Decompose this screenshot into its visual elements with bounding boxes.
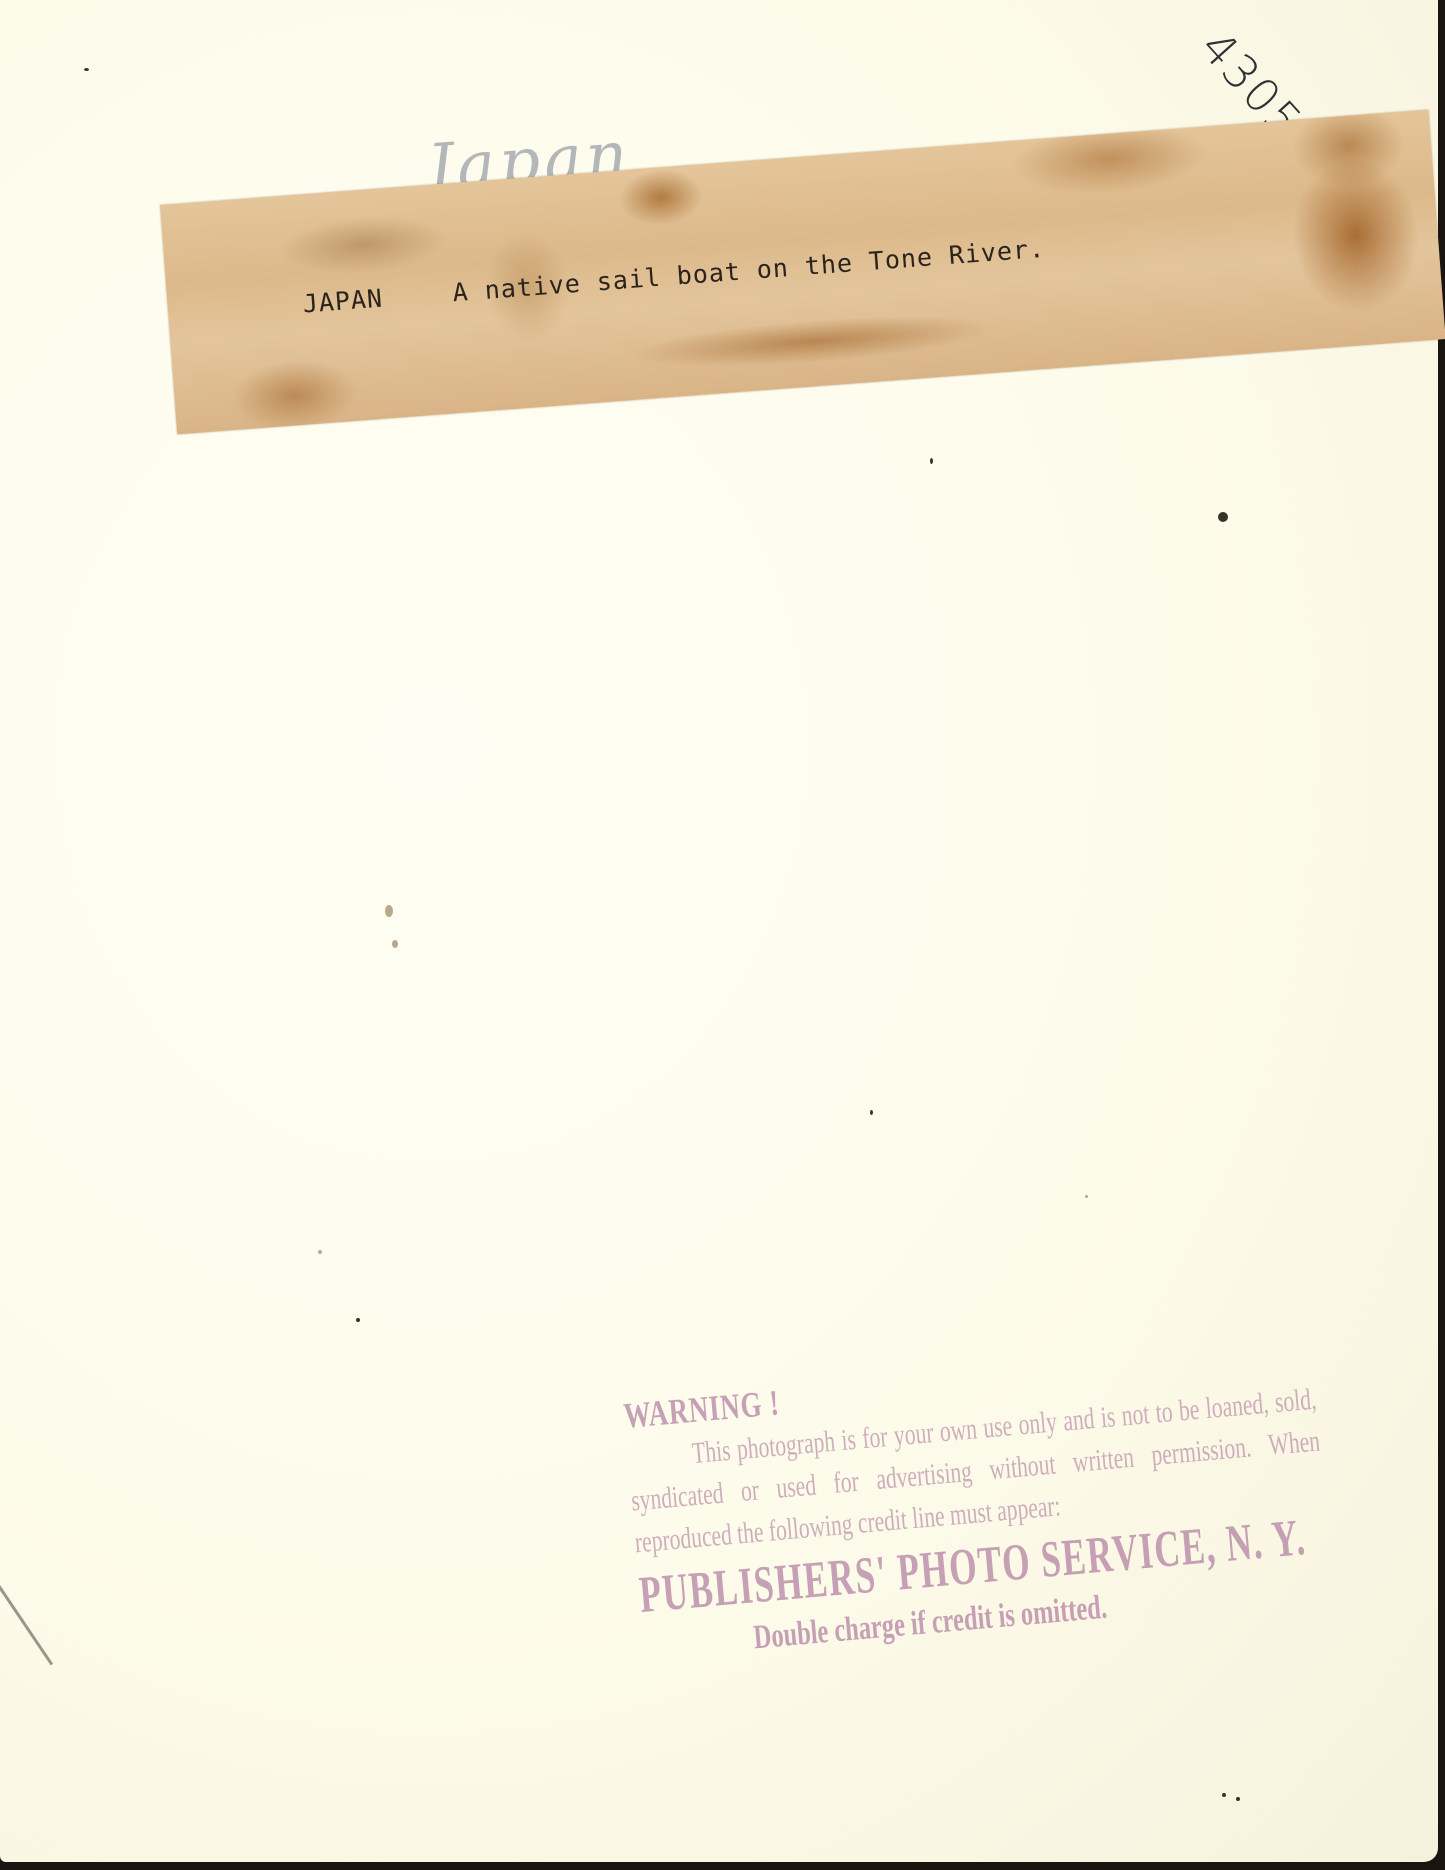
photo-back-card: Japan 4305 JAPANA native sail boat on th… (0, 0, 1438, 1862)
speck (385, 905, 393, 917)
caption-country: JAPAN (302, 284, 384, 319)
speck (1218, 512, 1228, 522)
speck (356, 1318, 360, 1322)
speck (870, 1110, 873, 1115)
paper-crease (0, 1585, 53, 1665)
speck (1085, 1195, 1088, 1198)
caption-description: A native sail boat on the Tone River. (452, 234, 1046, 307)
speck (1222, 1793, 1226, 1797)
warning-stamp: WARNING ! This photograph is for your ow… (622, 1334, 1343, 1667)
speck (84, 68, 89, 71)
speck (1236, 1797, 1240, 1801)
speck (392, 940, 398, 948)
speck (930, 458, 933, 464)
speck (318, 1250, 322, 1254)
caption-label: JAPANA native sail boat on the Tone Rive… (160, 110, 1445, 435)
caption-text: JAPANA native sail boat on the Tone Rive… (302, 234, 1046, 319)
